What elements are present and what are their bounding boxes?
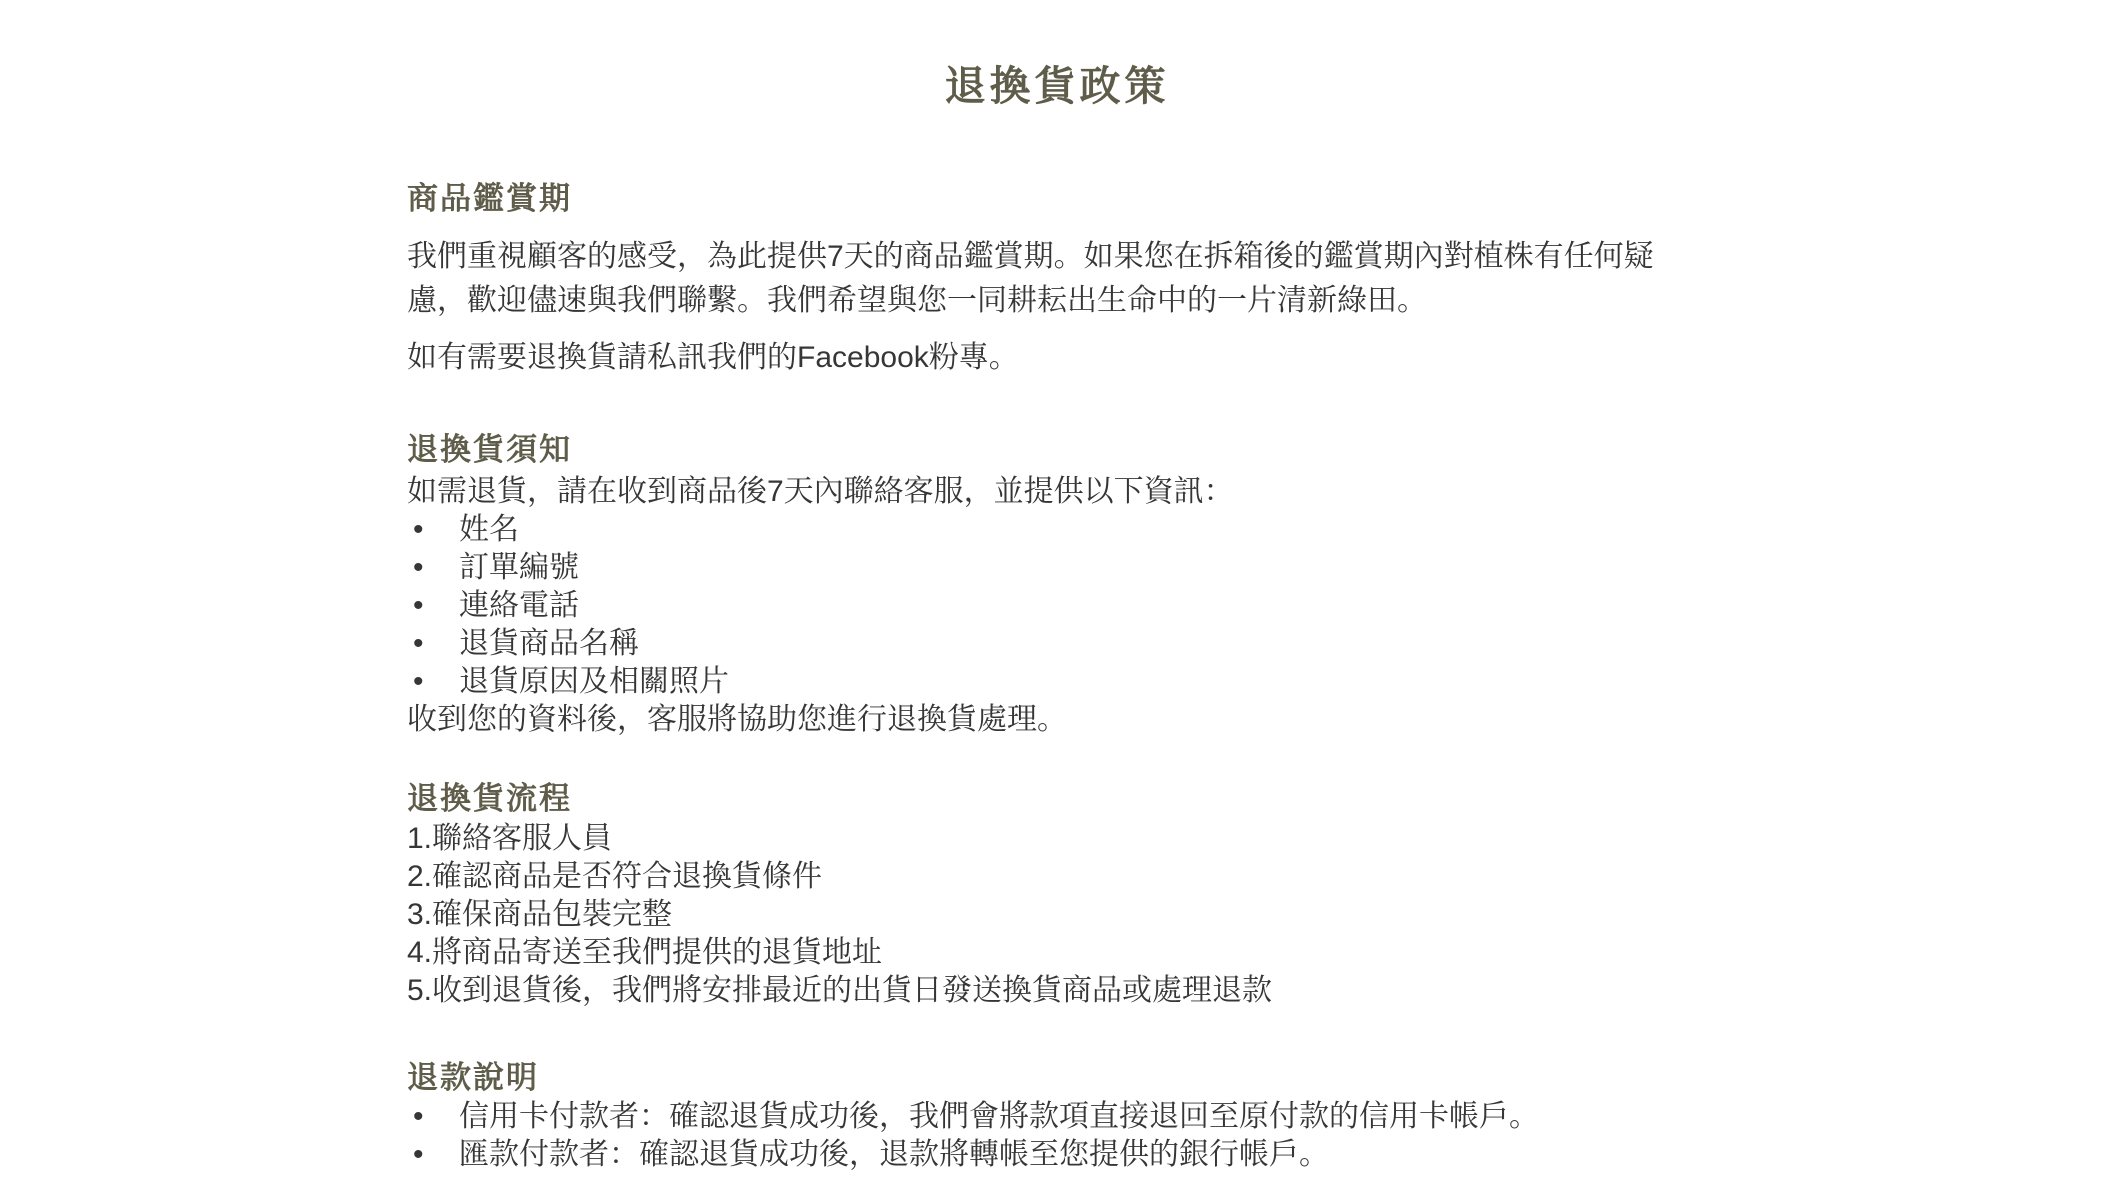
section-heading-notice: 退換貨須知 [407, 430, 1707, 470]
policy-document: 退換貨政策 商品鑑賞期 我們重視顧客的感受，為此提供7天的商品鑑賞期。如果您在拆… [407, 0, 1707, 1174]
process-step-list: 1.聯絡客服人員 2.確認商品是否符合退換貨條件 3.確保商品包裝完整 4.將商… [407, 820, 1707, 1010]
list-item-label: 信用卡付款者：確認退貨成功後，我們會將款項直接退回至原付款的信用卡帳戶。 [459, 1098, 1707, 1136]
appreciation-paragraph: 我們重視顧客的感受，為此提供7天的商品鑑賞期。如果您在拆箱後的鑑賞期內對植株有任… [407, 235, 1707, 322]
list-item-label: 連絡電話 [459, 587, 1707, 625]
process-step: 2.確認商品是否符合退換貨條件 [407, 858, 1707, 896]
section-heading-appreciation: 商品鑑賞期 [407, 179, 1707, 219]
notice-intro: 如需退貨，請在收到商品後7天內聯絡客服，並提供以下資訊： [407, 473, 1707, 511]
bullet-icon: • [407, 511, 459, 549]
facebook-contact-paragraph: 如有需要退換貨請私訊我們的Facebook粉專。 [407, 336, 1707, 380]
list-item: • 姓名 [407, 511, 1707, 549]
process-step: 1.聯絡客服人員 [407, 820, 1707, 858]
page-title: 退換貨政策 [407, 0, 1707, 111]
process-step: 5.收到退貨後，我們將安排最近的出貨日發送換貨商品或處理退款 [407, 972, 1707, 1010]
list-item: • 退貨商品名稱 [407, 625, 1707, 663]
list-item: • 退貨原因及相關照片 [407, 663, 1707, 701]
list-item-label: 姓名 [459, 511, 1707, 549]
list-item: • 訂單編號 [407, 549, 1707, 587]
notice-bullet-list: • 姓名 • 訂單編號 • 連絡電話 • 退貨商品名稱 • 退貨原因及相關照片 [407, 511, 1707, 701]
process-step: 3.確保商品包裝完整 [407, 896, 1707, 934]
bullet-icon: • [407, 587, 459, 625]
list-item-label: 匯款付款者：確認退貨成功後，退款將轉帳至您提供的銀行帳戶。 [459, 1136, 1707, 1174]
bullet-icon: • [407, 549, 459, 587]
list-item-label: 訂單編號 [459, 549, 1707, 587]
bullet-icon: • [407, 625, 459, 663]
notice-closing: 收到您的資料後，客服將協助您進行退換貨處理。 [407, 701, 1707, 739]
list-item: • 信用卡付款者：確認退貨成功後，我們會將款項直接退回至原付款的信用卡帳戶。 [407, 1098, 1707, 1136]
section-refund-info: 退款說明 • 信用卡付款者：確認退貨成功後，我們會將款項直接退回至原付款的信用卡… [407, 1058, 1707, 1174]
section-return-process: 退換貨流程 1.聯絡客服人員 2.確認商品是否符合退換貨條件 3.確保商品包裝完… [407, 779, 1707, 1009]
section-heading-refund: 退款說明 [407, 1058, 1707, 1098]
refund-bullet-list: • 信用卡付款者：確認退貨成功後，我們會將款項直接退回至原付款的信用卡帳戶。 •… [407, 1098, 1707, 1174]
list-item: • 連絡電話 [407, 587, 1707, 625]
section-return-notice: 退換貨須知 如需退貨，請在收到商品後7天內聯絡客服，並提供以下資訊： • 姓名 … [407, 430, 1707, 739]
bullet-icon: • [407, 1136, 459, 1174]
list-item: • 匯款付款者：確認退貨成功後，退款將轉帳至您提供的銀行帳戶。 [407, 1136, 1707, 1174]
list-item-label: 退貨原因及相關照片 [459, 663, 1707, 701]
bullet-icon: • [407, 1098, 459, 1136]
list-item-label: 退貨商品名稱 [459, 625, 1707, 663]
section-appreciation-period: 商品鑑賞期 我們重視顧客的感受，為此提供7天的商品鑑賞期。如果您在拆箱後的鑑賞期… [407, 179, 1707, 380]
section-heading-process: 退換貨流程 [407, 779, 1707, 819]
process-step: 4.將商品寄送至我們提供的退貨地址 [407, 934, 1707, 972]
bullet-icon: • [407, 663, 459, 701]
